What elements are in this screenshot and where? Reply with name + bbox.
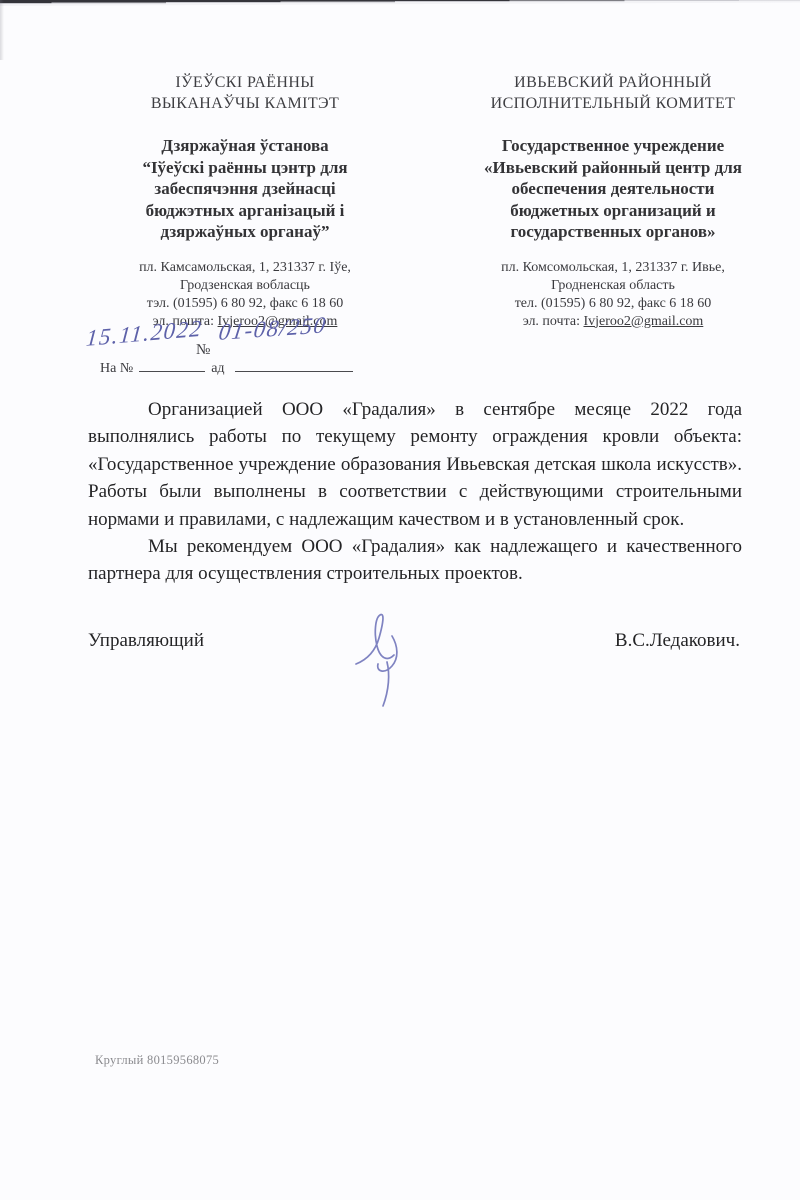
- reply-label: На №: [100, 361, 133, 376]
- institution-name-be: Дзяржаўная ўстанова “Іўеўскі раённы цэнт…: [90, 135, 400, 243]
- address-block-ru: пл. Комсомольская, 1, 231337 г. Ивье, Гр…: [458, 259, 768, 331]
- body-paragraph-1: Организацией ООО «Градалия» в сентябре м…: [88, 396, 742, 533]
- scan-edge-top: [0, 0, 800, 6]
- reply-reference-line: На №ад: [100, 358, 353, 377]
- scan-edge-left: [0, 0, 4, 60]
- email-address-ru: Ivjeroo2@gmail.com: [584, 314, 704, 329]
- email-label-ru: эл. почта:: [523, 314, 584, 329]
- address-street-ru: пл. Комсомольская, 1, 231337 г. Ивье,: [458, 259, 768, 277]
- document-page: ІЎЕЎСКІ РАЁННЫ ВЫКАНАЎЧЫ КАМІТЭТ Дзяржаў…: [0, 0, 800, 1200]
- address-phone-be: тэл. (01595) 6 80 92, факс 6 18 60: [90, 295, 400, 313]
- body-paragraph-2: Мы рекомендуем ООО «Градалия» как надлеж…: [88, 533, 742, 588]
- reply-preposition: ад: [211, 361, 224, 376]
- letterhead-left-column: ІЎЕЎСКІ РАЁННЫ ВЫКАНАЎЧЫ КАМІТЭТ Дзяржаў…: [90, 72, 400, 331]
- address-region-ru: Гродненская область: [458, 277, 768, 295]
- letter-body: Организацией ООО «Градалия» в сентябре м…: [88, 396, 742, 588]
- address-region-be: Гродзенская вобласць: [90, 277, 400, 295]
- address-phone-ru: тел. (01595) 6 80 92, факс 6 18 60: [458, 295, 768, 313]
- number-sign: №: [196, 342, 210, 359]
- address-email-line-ru: эл. почта: Ivjeroo2@gmail.com: [458, 313, 768, 331]
- signatory-name: В.С.Ледакович.: [615, 630, 740, 652]
- address-street-be: пл. Камсамольская, 1, 231337 г. Іўе,: [90, 259, 400, 277]
- letterhead-right-column: ИВЬЕВСКИЙ РАЙОННЫЙ ИСПОЛНИТЕЛЬНЫЙ КОМИТЕ…: [458, 72, 768, 331]
- committee-name-ru: ИВЬЕВСКИЙ РАЙОННЫЙ ИСПОЛНИТЕЛЬНЫЙ КОМИТЕ…: [458, 72, 768, 114]
- letterhead: ІЎЕЎСКІ РАЁННЫ ВЫКАНАЎЧЫ КАМІТЭТ Дзяржаў…: [0, 72, 800, 331]
- signatory-role: Управляющий: [88, 630, 204, 652]
- committee-name-be: ІЎЕЎСКІ РАЁННЫ ВЫКАНАЎЧЫ КАМІТЭТ: [90, 72, 400, 114]
- reply-date-blank: [235, 358, 353, 372]
- signature-scribble: [346, 608, 420, 712]
- stamp-footer-note: Круглый 80159568075: [95, 1053, 219, 1068]
- reply-number-blank: [139, 358, 205, 372]
- institution-name-ru: Государственное учреждение «Ивьевский ра…: [458, 135, 768, 243]
- reference-block: 15.11.2022 № 01-08/250 На №ад: [85, 322, 425, 392]
